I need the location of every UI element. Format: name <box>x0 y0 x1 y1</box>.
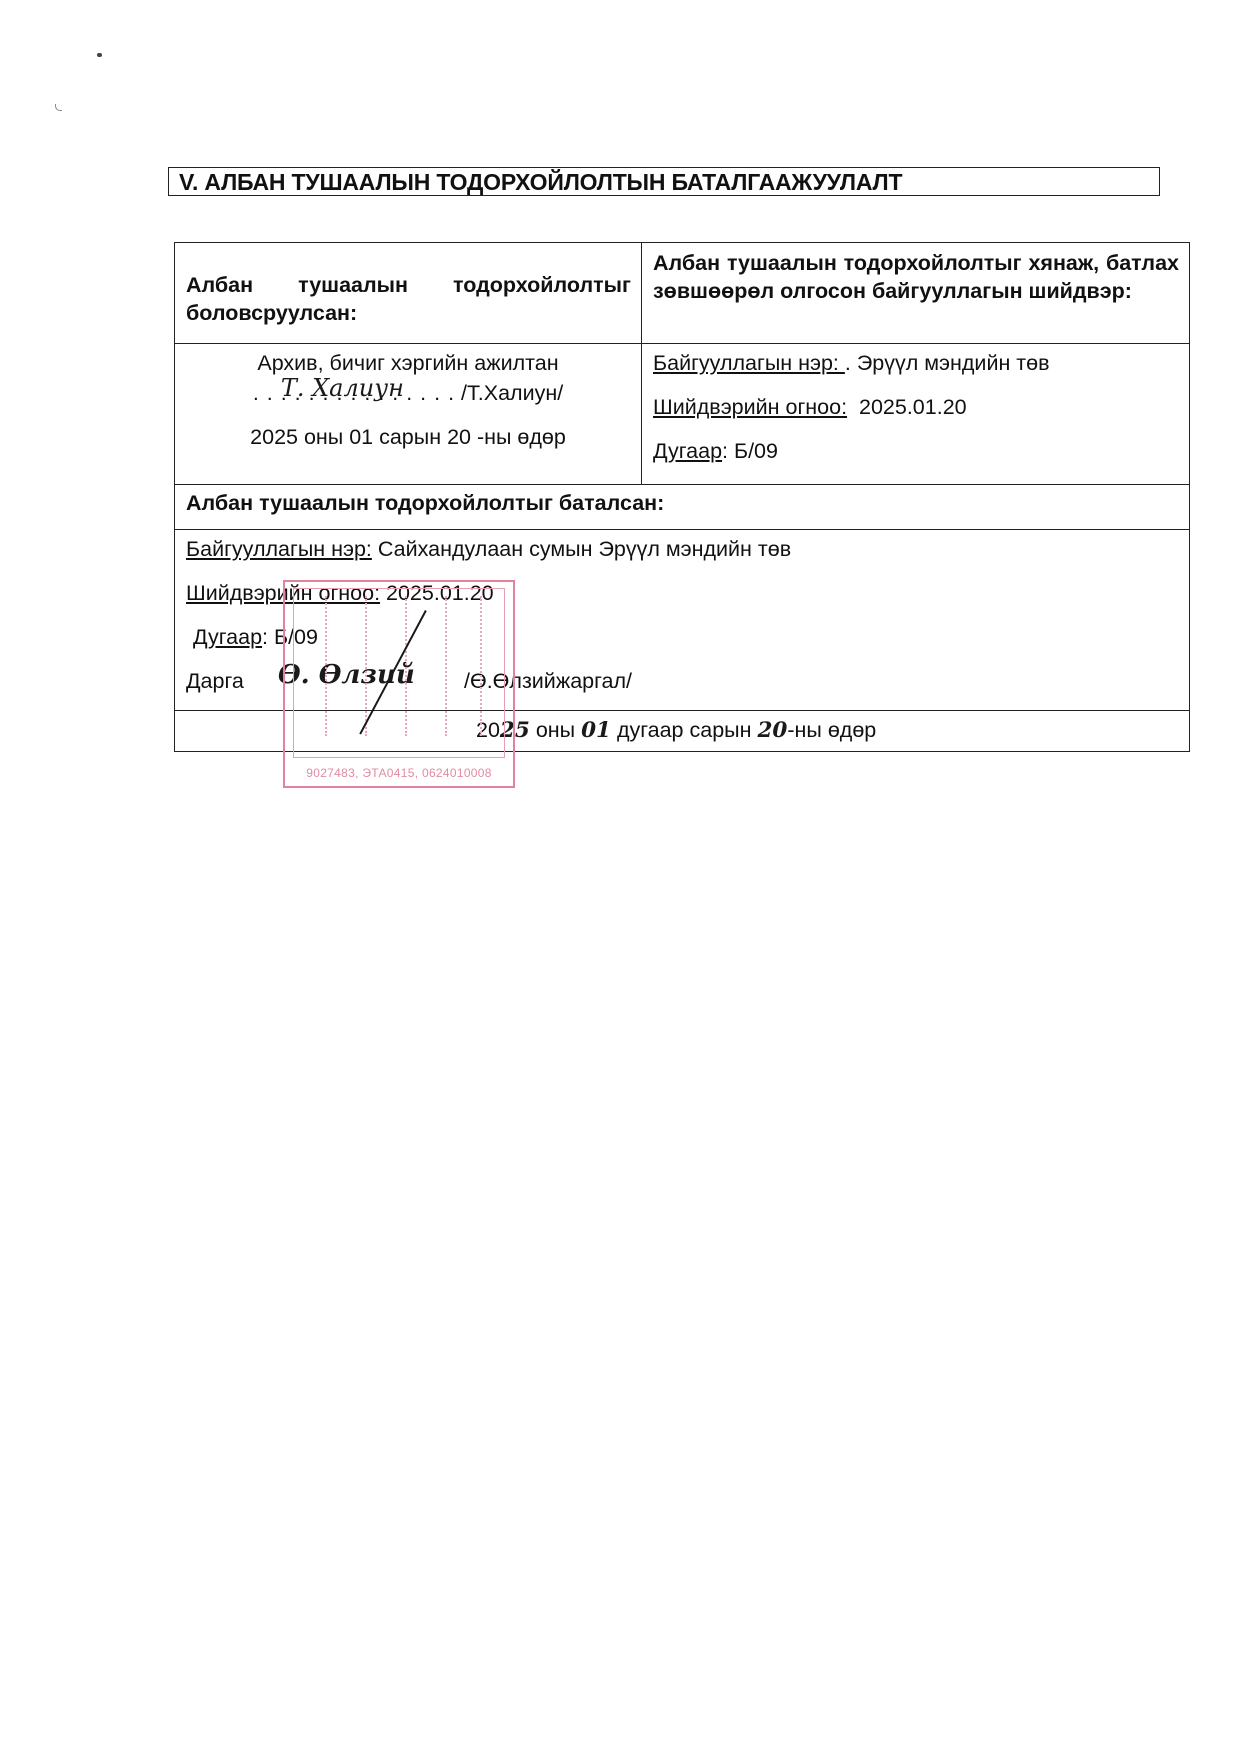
decision-org-value: . Эрүүл мэндийн төв <box>845 351 1050 375</box>
approved-org-value: Сайхандулаан сумын Эрүүл мэндийн төв <box>372 537 791 561</box>
stamp-mongolian-script <box>445 596 457 736</box>
handwritten-day: 20 <box>757 718 787 743</box>
stamp-mongolian-script <box>325 596 337 736</box>
approved-org-label: Байгууллагын нэр: <box>186 537 372 561</box>
stamp-mongolian-script <box>405 596 417 736</box>
section-title: V. АЛБАН ТУШААЛЫН ТОДОРХОЙЛОЛТЫН БАТАЛГА… <box>168 167 1160 196</box>
scan-speck <box>55 104 62 111</box>
approved-by-header: Албан тушаалын тодорхойлолтыг баталсан: <box>175 485 1190 530</box>
handwritten-month: 01 <box>581 718 611 743</box>
decision-org-row: Байгууллагын нэр: . Эрүүл мэндийн төв <box>653 348 1179 378</box>
preparer-signature: Т. Халиун <box>281 373 404 403</box>
official-stamp: 9027483, ЭТА0415, 0624010008 <box>283 580 515 788</box>
approval-decision-header: Албан тушаалын тодорхойлолтыг хянаж, бат… <box>642 243 1190 344</box>
stamp-registration-text: 9027483, ЭТА0415, 0624010008 <box>285 766 513 780</box>
decision-date-label: Шийдвэрийн огноо: <box>653 395 847 419</box>
prepared-by-header: Албан тушаалын тодорхойлолтыг боловсруул… <box>175 243 642 344</box>
approval-decision-cell: Байгууллагын нэр: . Эрүүл мэндийн төв Ши… <box>642 344 1190 485</box>
preparer-date: 2025 оны 01 сарын 20 -ны өдөр <box>185 422 631 452</box>
approver-title: Дарга <box>186 669 244 693</box>
approved-number-label: Дугаар <box>193 625 262 649</box>
decision-date-row: Шийдвэрийн огноо: 2025.01.20 <box>653 392 1179 422</box>
stamp-mongolian-script <box>480 596 492 736</box>
decision-number-label: Дугаар <box>653 439 722 463</box>
preparer-name: /Т.Халиун/ <box>461 381 563 405</box>
approved-org-row: Байгууллагын нэр: Сайхандулаан сумын Эрү… <box>186 534 1179 564</box>
decision-number-row: Дугаар: Б/09 <box>653 436 1179 466</box>
preparer-position: Архив, бичиг хэргийн ажилтан <box>185 348 631 378</box>
preparer-signature-line: . . . . . . . . . . . . . . . Т. Халиун … <box>185 378 631 408</box>
decision-date-value: 2025.01.20 <box>859 395 967 419</box>
decision-org-label: Байгууллагын нэр: <box>653 351 845 375</box>
scan-speck <box>97 53 102 57</box>
prepared-by-cell: Архив, бичиг хэргийн ажилтан . . . . . .… <box>175 344 642 485</box>
decision-number-value: : Б/09 <box>722 439 778 463</box>
